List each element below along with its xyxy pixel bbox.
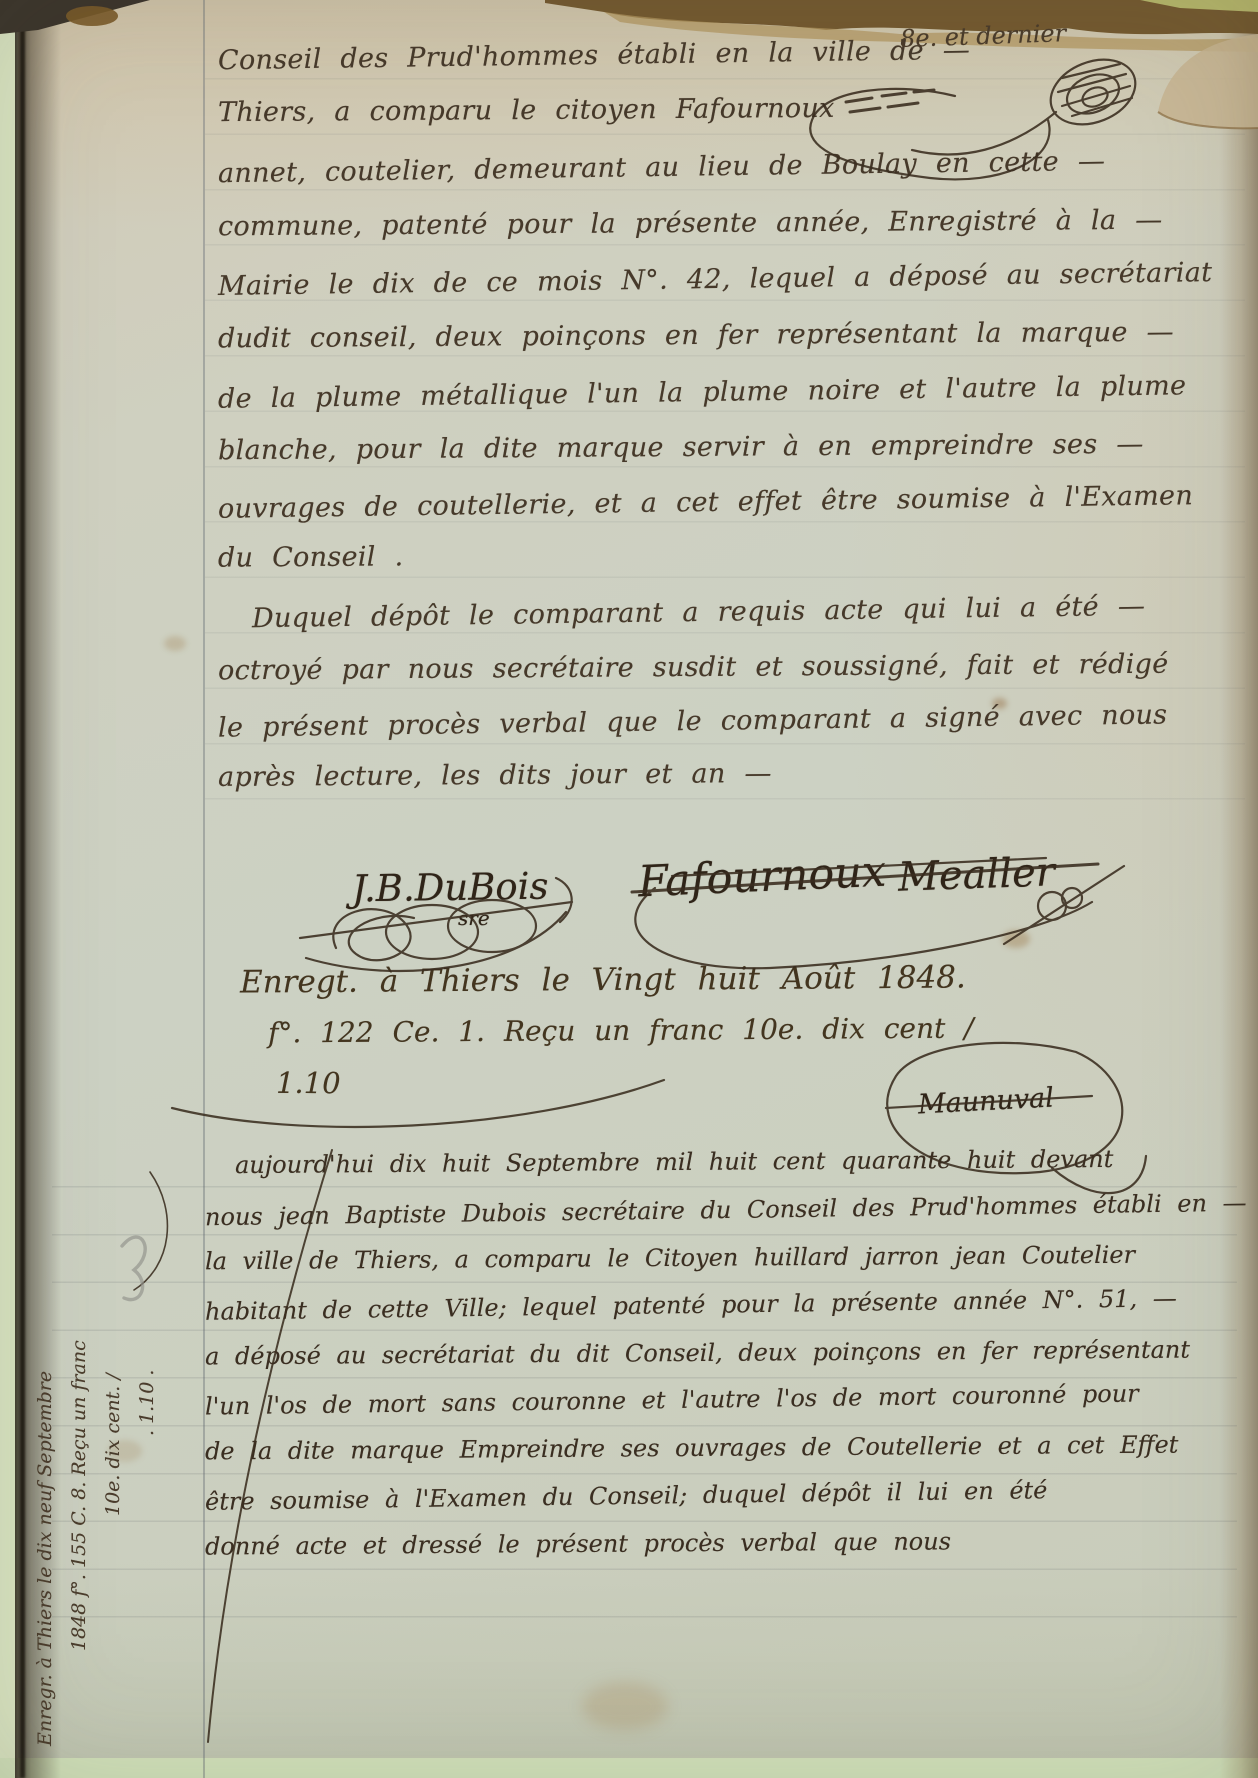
document-scan: Conseil des Prud'hommes établi en la vil… (0, 0, 1258, 1778)
scan-vignette (0, 0, 1258, 1778)
